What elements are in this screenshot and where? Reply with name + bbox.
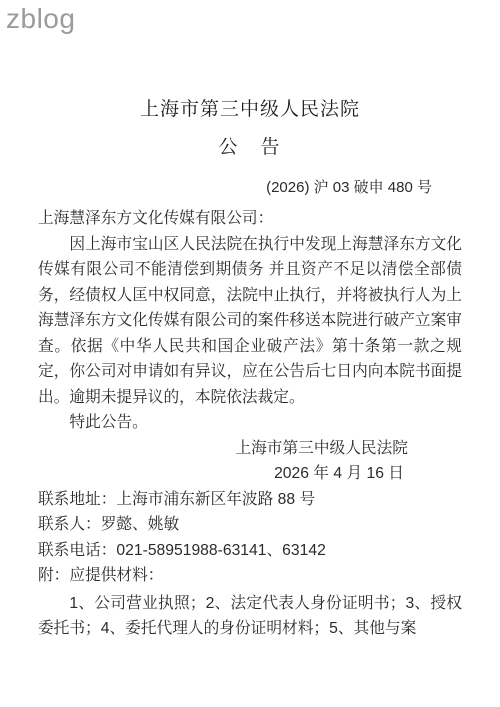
contact-person: 联系人：罗懿、姚敏 — [38, 512, 462, 538]
closing-line: 特此公告。 — [38, 410, 462, 436]
contact-address: 联系地址：上海市浦东新区年波路 88 号 — [38, 487, 462, 513]
document-subtitle: 公 告 — [38, 136, 462, 160]
document-body: 上海慧泽东方文化传媒有限公司： 因上海市宝山区人民法院在执行中发现上海慧泽东方文… — [38, 206, 462, 642]
attachment-heading: 附：应提供材料： — [38, 563, 462, 589]
signature-date: 2026 年 4 月 16 日 — [38, 461, 462, 487]
signature-court: 上海市第三中级人民法院 — [38, 436, 462, 462]
body-paragraph: 因上海市宝山区人民法院在执行中发现上海慧泽东方文化传媒有限公司不能清偿到期债务 … — [38, 232, 462, 411]
site-logo[interactable]: zblog — [6, 2, 75, 36]
attachment-list: 1、公司营业执照；2、法定代表人身份证明书；3、授权委托书；4、委托代理人的身份… — [38, 591, 462, 642]
document-title: 上海市第三中级人民法院 — [38, 98, 462, 122]
salutation: 上海慧泽东方文化传媒有限公司： — [38, 206, 462, 232]
site-header: zblog — [0, 0, 500, 36]
case-number: (2026) 沪 03 破申 480 号 — [38, 177, 462, 199]
announcement-document: 上海市第三中级人民法院 公 告 (2026) 沪 03 破申 480 号 上海慧… — [38, 98, 462, 642]
contact-phone: 联系电话：021-58951988-63141、63142 — [38, 538, 462, 564]
